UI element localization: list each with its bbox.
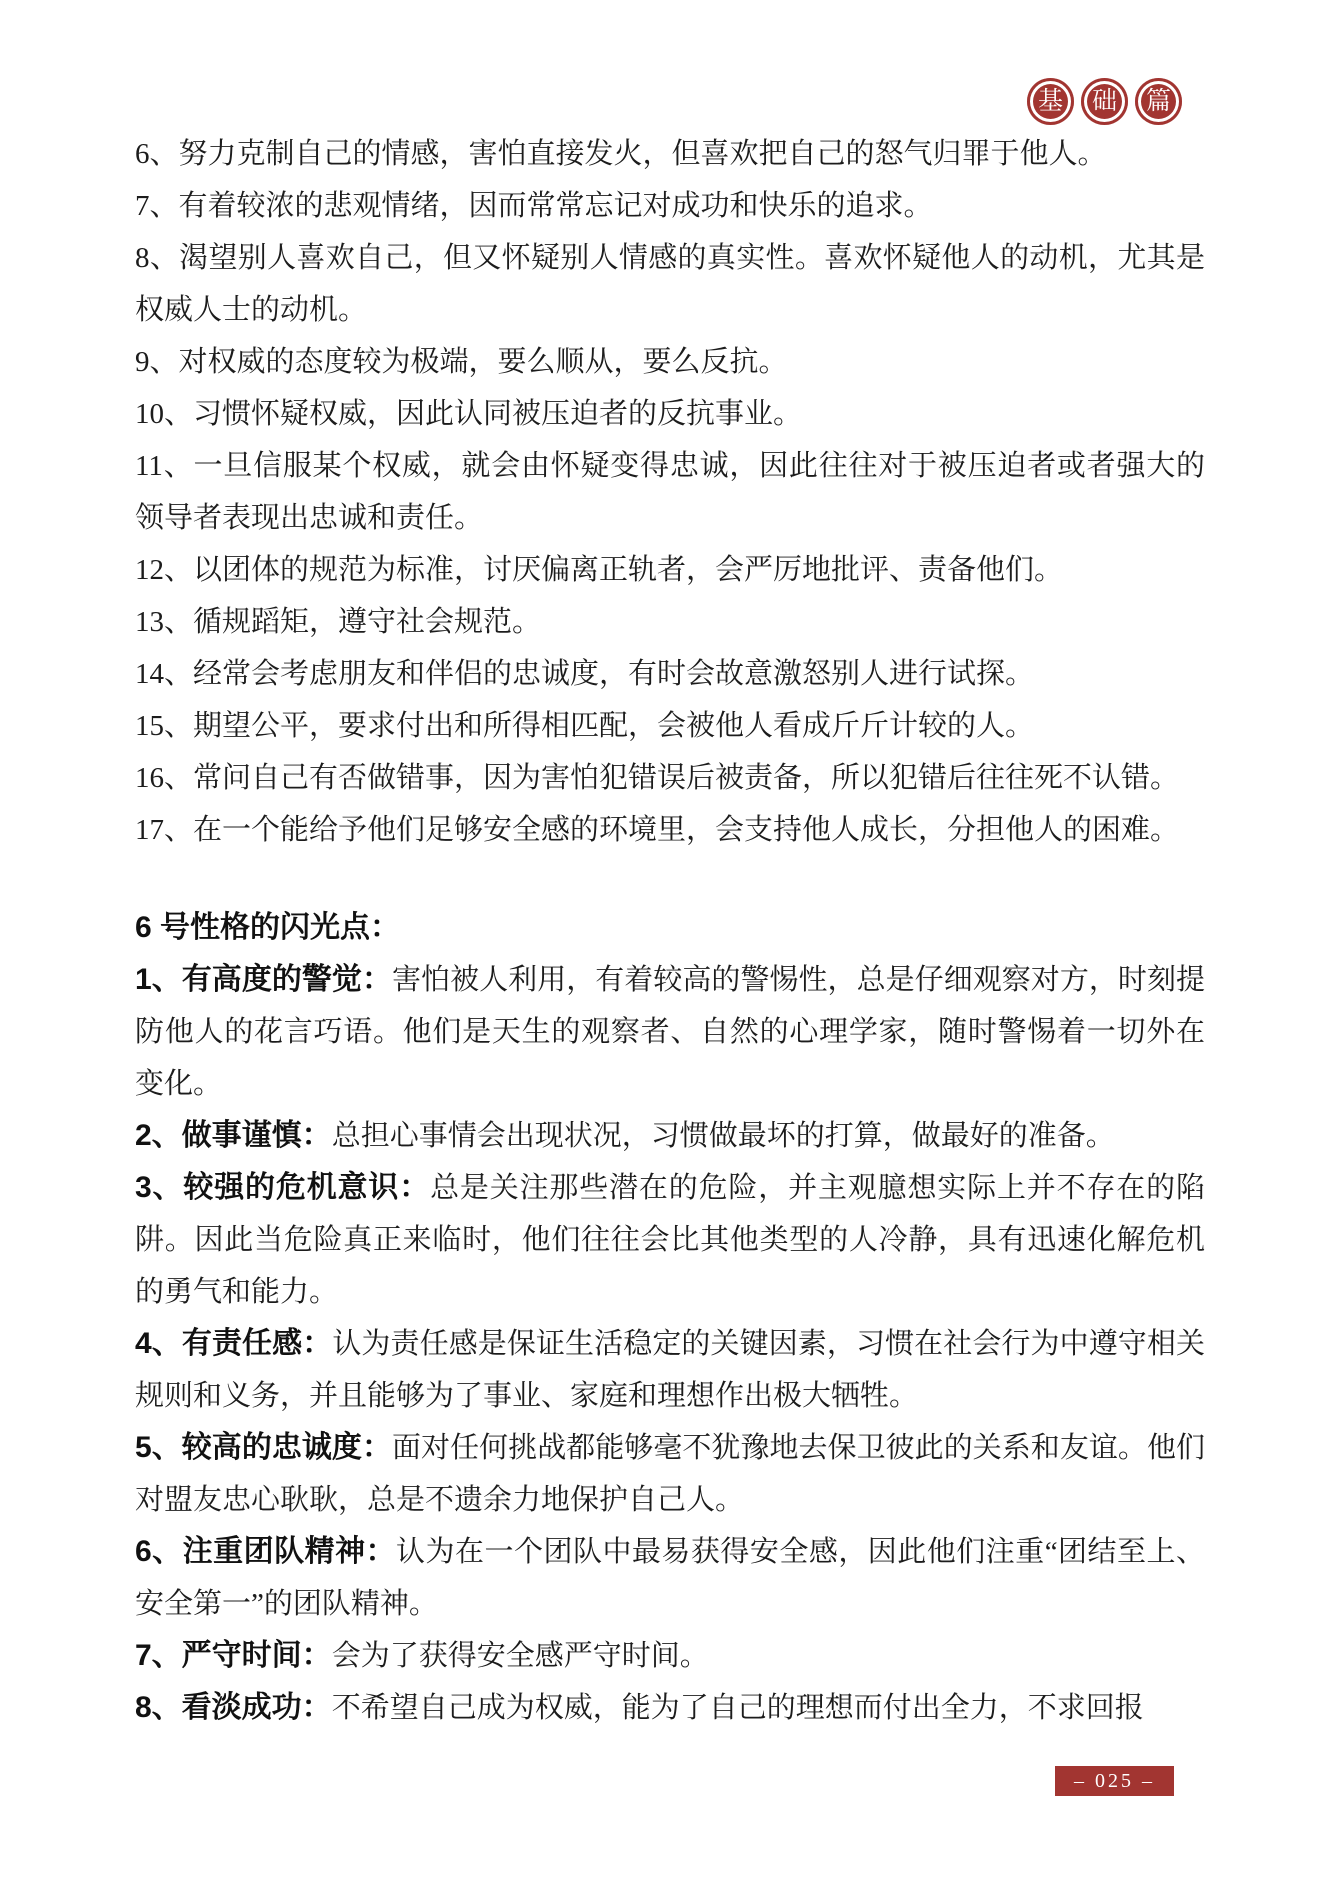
trait-item: 6、努力克制自己的情感，害怕直接发火，但喜欢把自己的怒气归罪于他人。 (135, 128, 1205, 180)
trait-item: 13、循规蹈矩，遵守社会规范。 (135, 596, 1205, 648)
header-badges: 基 础 篇 (1027, 78, 1182, 125)
highlight-item: 5、较高的忠诚度：面对任何挑战都能够毫不犹豫地去保卫彼此的关系和友谊。他们对盟友… (135, 1422, 1205, 1526)
header-badge: 基 (1027, 78, 1074, 125)
highlight-item: 1、有高度的警觉：害怕被人利用，有着较高的警惕性，总是仔细观察对方，时刻提防他人… (135, 954, 1205, 1110)
highlight-item: 8、看淡成功：不希望自己成为权威，能为了自己的理想而付出全力，不求回报 (135, 1682, 1205, 1734)
page-body: 6、努力克制自己的情感，害怕直接发火，但喜欢把自己的怒气归罪于他人。 7、有着较… (135, 128, 1205, 1734)
trait-item: 8、渴望别人喜欢自己，但又怀疑别人情感的真实性。喜欢怀疑他人的动机，尤其是权威人… (135, 232, 1205, 336)
highlight-label: 5、较高的忠诚度： (135, 1431, 392, 1464)
highlight-label: 8、看淡成功： (135, 1691, 332, 1724)
trait-item: 9、对权威的态度较为极端，要么顺从，要么反抗。 (135, 336, 1205, 388)
trait-item: 15、期望公平，要求付出和所得相匹配，会被他人看成斤斤计较的人。 (135, 700, 1205, 752)
trait-item: 12、以团体的规范为标准，讨厌偏离正轨者，会严厉地批评、责备他们。 (135, 544, 1205, 596)
highlight-text: 总担心事情会出现状况，习惯做最坏的打算，做最好的准备。 (332, 1120, 1115, 1152)
highlight-item: 6、注重团队精神：认为在一个团队中最易获得安全感，因此他们注重“团结至上、安全第… (135, 1526, 1205, 1630)
trait-item: 17、在一个能给予他们足够安全感的环境里，会支持他人成长，分担他人的困难。 (135, 804, 1205, 856)
trait-item: 14、经常会考虑朋友和伴侣的忠诚度，有时会故意激怒别人进行试探。 (135, 648, 1205, 700)
highlight-item: 2、做事谨慎：总担心事情会出现状况，习惯做最坏的打算，做最好的准备。 (135, 1110, 1205, 1162)
badge-label: 篇 (1146, 89, 1171, 114)
section-heading: 6 号性格的闪光点： (135, 902, 1205, 954)
trait-item: 11、一旦信服某个权威，就会由怀疑变得忠诚，因此往往对于被压迫者或者强大的领导者… (135, 440, 1205, 544)
badge-label: 基 (1038, 89, 1063, 114)
trait-item: 16、常问自己有否做错事，因为害怕犯错误后被责备，所以犯错后往往死不认错。 (135, 752, 1205, 804)
trait-item: 10、习惯怀疑权威，因此认同被压迫者的反抗事业。 (135, 388, 1205, 440)
header-badge: 础 (1081, 78, 1128, 125)
trait-item: 7、有着较浓的悲观情绪，因而常常忘记对成功和快乐的追求。 (135, 180, 1205, 232)
highlight-text: 会为了获得安全感严守时间。 (332, 1640, 709, 1672)
page-number-badge: – 025 – (1055, 1766, 1174, 1796)
highlight-label: 1、有高度的警觉： (135, 963, 392, 996)
highlight-item: 7、严守时间：会为了获得安全感严守时间。 (135, 1630, 1205, 1682)
highlight-label: 4、有责任感： (135, 1327, 332, 1360)
header-badge: 篇 (1135, 78, 1182, 125)
highlight-label: 6、注重团队精神： (135, 1535, 396, 1568)
badge-label: 础 (1092, 89, 1117, 114)
highlight-label: 2、做事谨慎： (135, 1119, 332, 1152)
highlight-label: 7、严守时间： (135, 1639, 332, 1672)
highlight-label: 3、较强的危机意识： (135, 1171, 430, 1204)
highlight-item: 4、有责任感：认为责任感是保证生活稳定的关键因素，习惯在社会行为中遵守相关规则和… (135, 1318, 1205, 1422)
highlight-item: 3、较强的危机意识：总是关注那些潜在的危险，并主观臆想实际上并不存在的陷阱。因此… (135, 1162, 1205, 1318)
highlight-text: 不希望自己成为权威，能为了自己的理想而付出全力，不求回报 (332, 1692, 1144, 1724)
